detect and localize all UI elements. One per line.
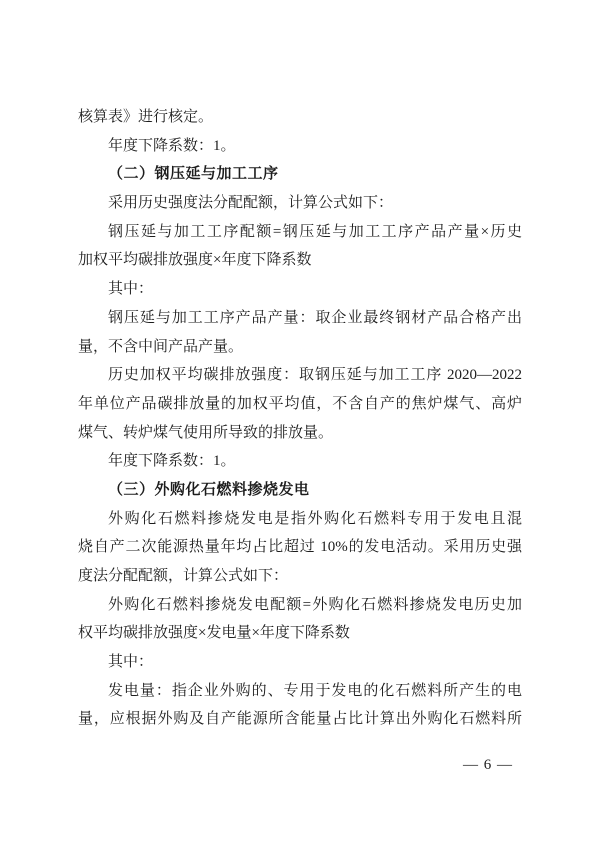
- body-line: 外购化石燃料掺烧发电是指外购化石燃料专用于发电且混: [78, 505, 522, 534]
- body-line: 煤气、转炉煤气使用所导致的排放量。: [78, 419, 522, 448]
- formula-line: 钢压延与加工工序配额=钢压延与加工工序产品产量×历史: [78, 218, 522, 247]
- body-line: 年单位产品碳排放量的加权平均值，不含自产的焦炉煤气、高炉: [78, 390, 522, 419]
- body-line: 发电量：指企业外购的、专用于发电的化石燃料所产生的电: [78, 677, 522, 706]
- body-line: 其中：: [78, 275, 522, 304]
- body-line: 年度下降系数：1。: [78, 132, 522, 161]
- body-line: 度法分配配额，计算公式如下：: [78, 562, 522, 591]
- body-line: 历史加权平均碳排放强度：取钢压延与加工工序 2020—2022: [78, 361, 522, 390]
- body-line: 年度下降系数：1。: [78, 447, 522, 476]
- formula-line: 加权平均碳排放强度×年度下降系数: [78, 246, 522, 275]
- document-text-block: 核算表》进行核定。 年度下降系数：1。 （二）钢压延与加工工序 采用历史强度法分…: [78, 103, 522, 734]
- formula-line: 外购化石燃料掺烧发电配额=外购化石燃料掺烧发电历史加: [78, 591, 522, 620]
- body-line: 其中：: [78, 648, 522, 677]
- body-line: 采用历史强度法分配配额，计算公式如下：: [78, 189, 522, 218]
- formula-line: 权平均碳排放强度×发电量×年度下降系数: [78, 619, 522, 648]
- section-heading-3: （三）外购化石燃料掺烧发电: [78, 476, 522, 505]
- page-number: — 6 —: [463, 753, 513, 777]
- section-heading-2: （二）钢压延与加工工序: [78, 160, 522, 189]
- body-line: 钢压延与加工工序产品产量：取企业最终钢材产品合格产出: [78, 304, 522, 333]
- body-line: 核算表》进行核定。: [78, 103, 522, 132]
- body-line: 烧自产二次能源热量年均占比超过 10%的发电活动。采用历史强: [78, 533, 522, 562]
- body-line: 量，不含中间产品产量。: [78, 333, 522, 362]
- body-line: 量，应根据外购及自产能源所含能量占比计算出外购化石燃料所: [78, 705, 522, 734]
- document-page: 核算表》进行核定。 年度下降系数：1。 （二）钢压延与加工工序 采用历史强度法分…: [0, 0, 600, 848]
